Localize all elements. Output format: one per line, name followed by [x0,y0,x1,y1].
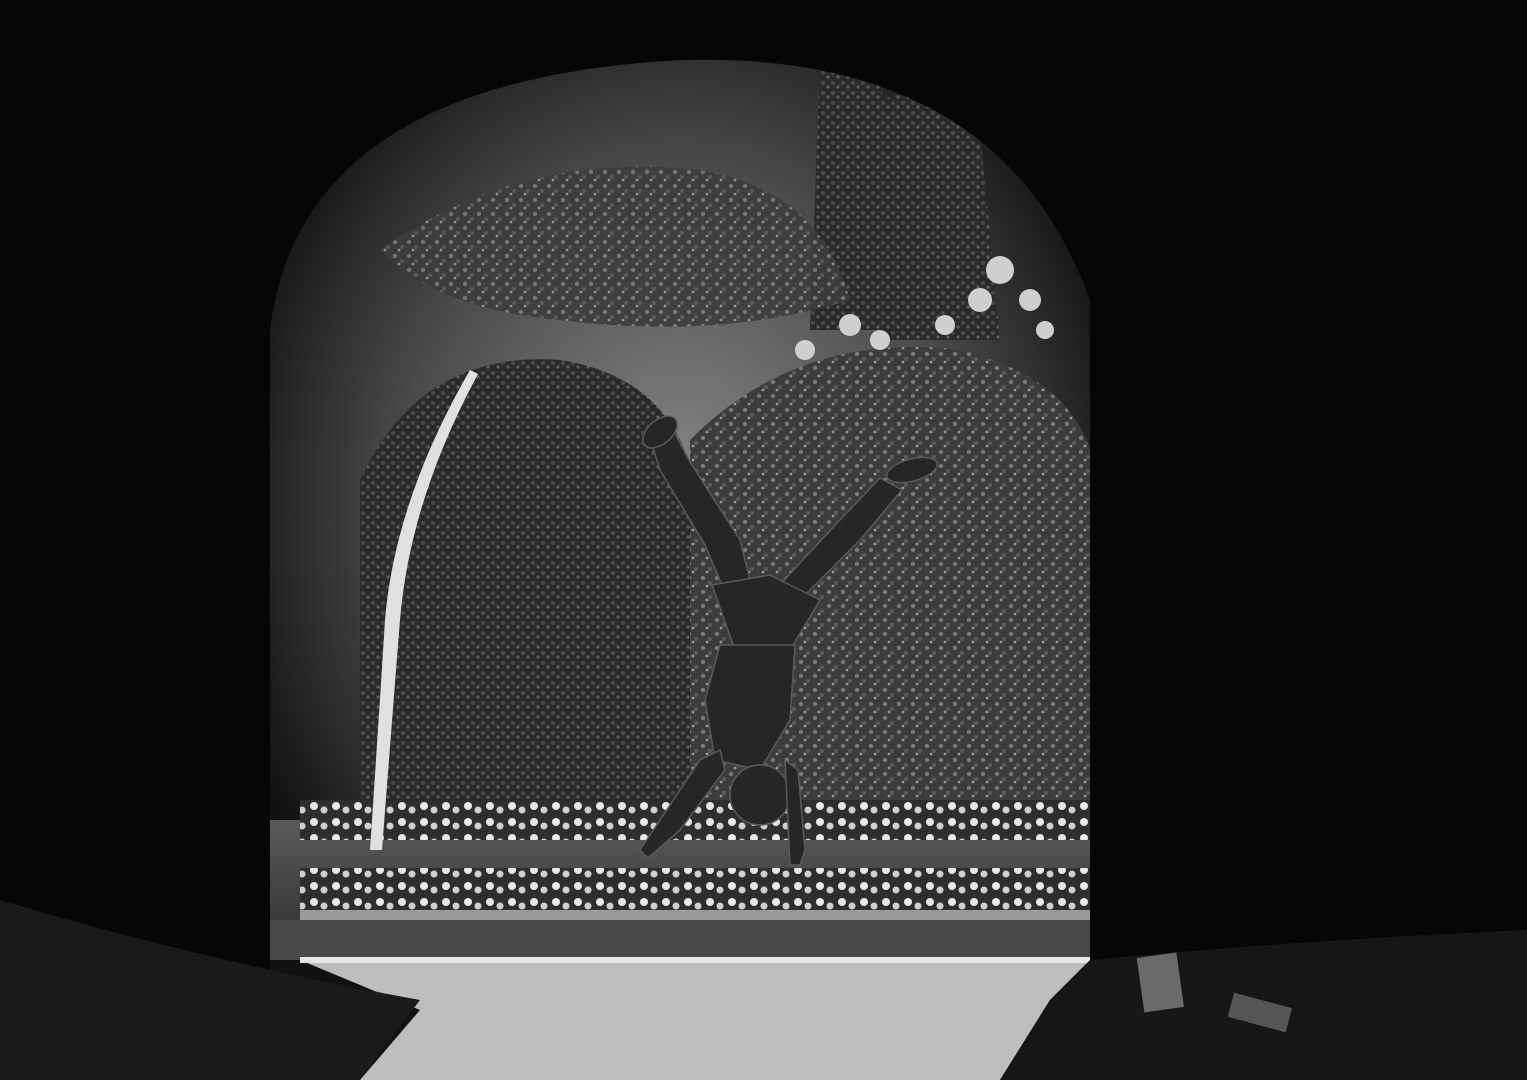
garden-view [250,40,1167,1080]
photo-scene [0,0,1527,1080]
stone-path [300,960,1090,1080]
